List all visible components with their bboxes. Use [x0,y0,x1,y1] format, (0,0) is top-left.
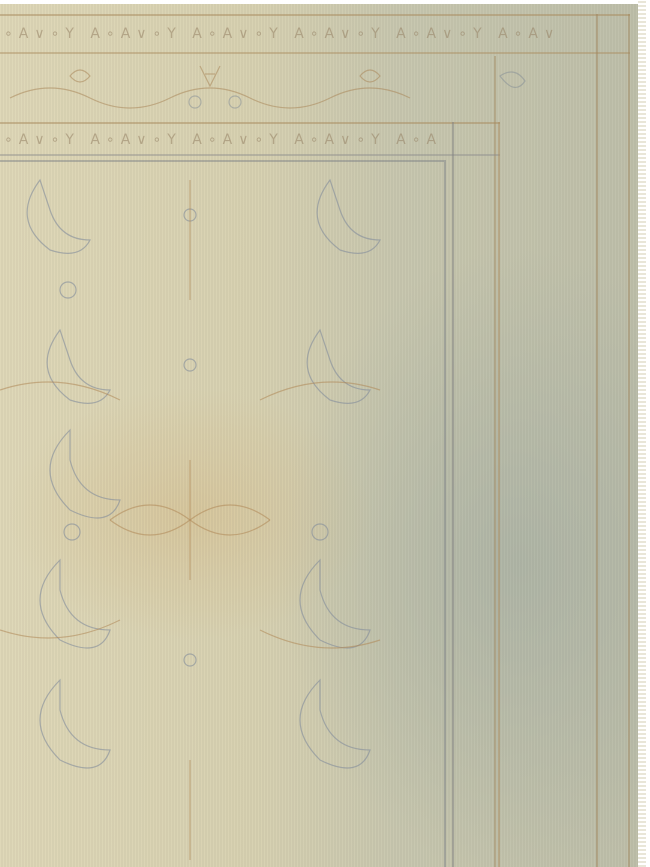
outer-guard-top: ∘A∨∘Y A∘A∨∘Y A∘A∨∘Y A∘A∨∘Y A∘A∨∘Y A∘A∨ [0,14,630,54]
main-border-right [494,56,594,867]
inner-guard-motif-chain: ∘A∨∘Y A∘A∨∘Y A∘A∨∘Y A∘A∨∘Y A∘A [4,132,442,148]
rug-fringe-edge [638,0,646,867]
rug-photo: ∘A∨∘Y A∘A∨∘Y A∘A∨∘Y A∘A∨∘Y A∘A∨∘Y A∘A∨ ∘… [0,4,640,867]
guard-motif-chain: ∘A∨∘Y A∘A∨∘Y A∘A∨∘Y A∘A∨∘Y A∘A∨∘Y A∘A∨ [4,26,560,42]
outer-guard-right [596,14,630,867]
inner-guard-top: ∘A∨∘Y A∘A∨∘Y A∘A∨∘Y A∘A∨∘Y A∘A [0,122,500,156]
inner-guard-right [452,122,500,867]
field-floral-pattern [0,160,446,867]
